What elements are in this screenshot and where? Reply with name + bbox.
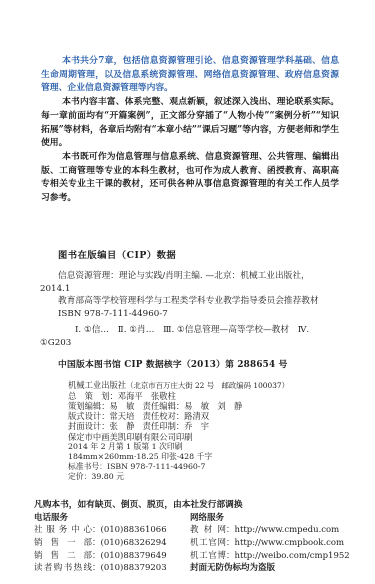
format-line: 184mm×260mm·18.25 印张·428 千字 <box>68 452 355 462</box>
network-service-column: 网络服务 教材网：http://www.cmpedu.com 机工官网：http… <box>190 512 375 576</box>
site-url: ：http://weibo.com/cmp1952 <box>226 551 350 561</box>
colophon: 机械工业出版社（北京市百万庄大街 22 号 邮政编码 100037） 总 策 划… <box>68 380 355 483</box>
staff-line-cover-print: 封面设计：张 静 责任印制：乔 宇 <box>68 421 355 431</box>
site-label: 教材网 <box>190 524 226 537</box>
cip-heading: 图书在版编目（CIP）数据 <box>58 247 375 261</box>
publisher-line: 机械工业出版社（北京市百万庄大街 22 号 邮政编码 100037） <box>68 380 355 391</box>
cip-class-line2: ①G203 <box>40 337 347 350</box>
phone-label: 社服务中心 <box>34 524 92 537</box>
phone-number: ：(010)68326294 <box>92 538 167 548</box>
price-line: 定价：39.80 元 <box>68 472 355 482</box>
staff-line-editors: 策划编辑：易 敏 责任编辑：易 敏 刘 静 <box>68 401 355 411</box>
purchase-notice: 凡购本书，如有缺页、倒页、脱页，由本社发行部调换 <box>34 498 375 510</box>
cip-classification: Ⅰ. ①信… Ⅱ. ①肖… Ⅲ. ①信息管理—高等学校—教材 Ⅳ. ①G203 <box>58 324 347 350</box>
intro-paragraph-audience: 本书既可作为信息管理与信息系统、信息资源管理、公共管理、编辑出版、工商管理等专业… <box>41 151 339 206</box>
cip-section: 图书在版编目（CIP）数据 信息资源管理：理论与实践/肖明主编. —北京：机械工… <box>0 247 375 370</box>
edition-line: 2014 年 2 月第 1 版第 1 次印刷 <box>68 442 355 452</box>
network-service-header: 网络服务 <box>190 512 375 525</box>
phone-row-sales-dept1: 销售一部：(010)68326294 <box>34 537 190 550</box>
book-number-line: 标准书号：ISBN 978-7-111-44960-7 <box>68 462 355 472</box>
publisher-address: （北京市百万庄大街 22 号 邮政编码 100037） <box>126 381 289 390</box>
site-label: 机工官网 <box>190 537 226 550</box>
staff-line-layout-proof: 版式设计：常天培 责任校对：路清双 <box>68 411 355 421</box>
cip-isbn-line: ISBN 978-7-111-44960-7 <box>58 308 347 321</box>
printer-line: 保定市中画美凯印刷有限公司印刷 <box>68 432 355 442</box>
phone-label: 销售二部 <box>34 550 92 563</box>
intro-paragraph-features: 本书内容丰富、体系完整、观点新颖，叙述深入浅出、理论联系实际。每一章前面均有“开… <box>41 96 339 151</box>
phone-number: ：(010)88361066 <box>92 525 167 535</box>
site-url: ：http://www.cmpbook.com <box>226 538 344 548</box>
anti-piracy-warning: 封面无防伪标均为盗版 <box>190 562 375 575</box>
network-row-weibo: 机工官博：http://weibo.com/cmp1952 <box>190 550 375 563</box>
phone-row-sales-dept2: 销售二部：(010)88379649 <box>34 550 190 563</box>
cip-class-line1: Ⅰ. ①信… Ⅱ. ①肖… Ⅲ. ①信息管理—高等学校—教材 Ⅳ. <box>75 324 347 337</box>
site-label: 机工官博 <box>190 550 226 563</box>
phone-service-column: 电话服务 社服务中心：(010)88361066 销售一部：(010)68326… <box>34 512 190 576</box>
phone-row-reader-hotline: 读者购书热线：(010)88379203 <box>34 562 190 575</box>
phone-row-service-center: 社服务中心：(010)88361066 <box>34 524 190 537</box>
site-url: ：http://www.cmpedu.com <box>226 525 339 535</box>
phone-label: 销售一部 <box>34 537 92 550</box>
cip-entry-line2: 2014.1 <box>40 283 347 296</box>
book-intro: 本书共分7章，包括信息资源管理引论、信息资源管理学科基础、信息生命周期管理，以及… <box>41 55 339 206</box>
staff-line-chief-planner: 总 策 划：邓海平 张敬柱 <box>68 391 355 401</box>
cip-body: 信息资源管理：理论与实践/肖明主编. —北京：机械工业出版社， 2014.1 教… <box>58 270 347 350</box>
copyright-page: 本书共分7章，包括信息资源管理引论、信息资源管理学科基础、信息生命周期管理，以及… <box>0 0 375 584</box>
network-row-textbook-site: 教材网：http://www.cmpedu.com <box>190 524 375 537</box>
publisher-name: 机械工业出版社 <box>68 380 126 390</box>
cip-record-number: 中国版本图书馆 CIP 数据核字（2013）第 288654 号 <box>58 357 375 370</box>
intro-paragraph-contents: 本书共分7章，包括信息资源管理引论、信息资源管理学科基础、信息生命周期管理，以及… <box>41 55 339 96</box>
phone-label: 读者购书热线 <box>34 562 92 575</box>
phone-number: ：(010)88379203 <box>92 563 167 573</box>
phone-service-header: 电话服务 <box>34 512 190 525</box>
cip-series-line: 教育部高等学校管理科学与工程类学科专业教学指导委员会推荐教材 <box>58 295 347 308</box>
network-row-official-site: 机工官网：http://www.cmpbook.com <box>190 537 375 550</box>
phone-number: ：(010)88379649 <box>92 551 167 561</box>
cip-entry-line1: 信息资源管理：理论与实践/肖明主编. —北京：机械工业出版社， <box>58 270 347 283</box>
service-columns: 电话服务 社服务中心：(010)88361066 销售一部：(010)68326… <box>34 512 375 576</box>
